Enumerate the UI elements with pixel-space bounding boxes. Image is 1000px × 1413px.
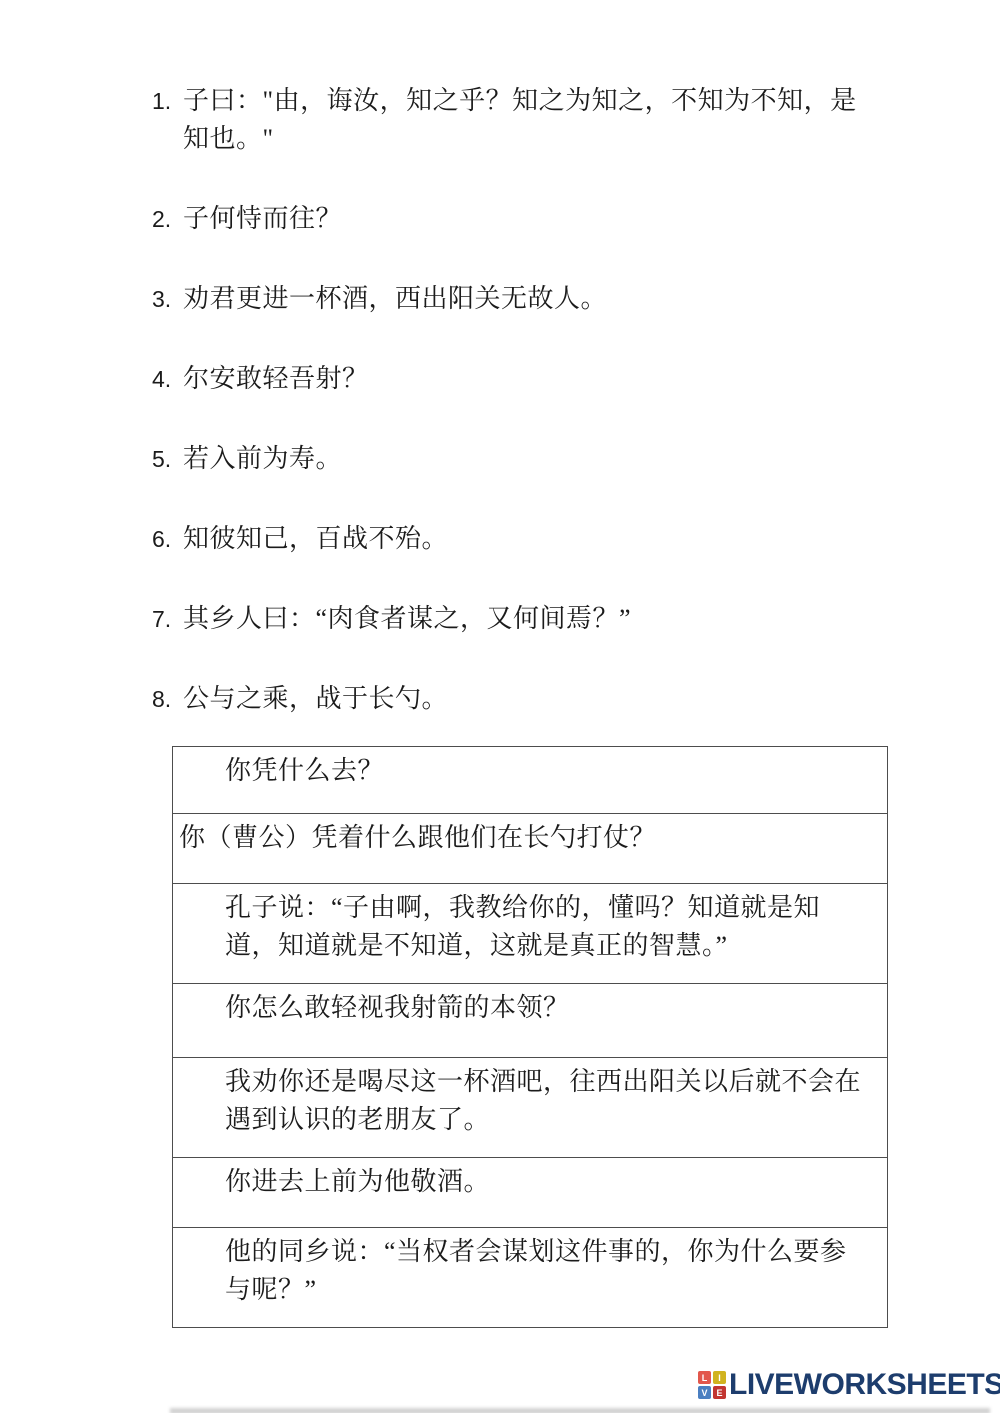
question-list: 1. 子曰："由，诲汝，知之乎？知之为知之，不知为不知，是知也。" 2. 子何恃… [0, 0, 1000, 718]
answer-cell: 我劝你还是喝尽这一杯酒吧，往西出阳关以后就不会在遇到认识的老朋友了。 [173, 1058, 888, 1158]
question-number: 1. [152, 82, 183, 120]
table-row: 他的同乡说：“当权者会谋划这件事的，你为什么要参与呢？” [173, 1228, 888, 1328]
question-number: 8. [152, 680, 183, 718]
tile-v: V [698, 1386, 711, 1399]
question-item-5: 5. 若入前为寿。 [152, 440, 1000, 478]
table-row: 我劝你还是喝尽这一杯酒吧，往西出阳关以后就不会在遇到认识的老朋友了。 [173, 1058, 888, 1158]
table-row: 你进去上前为他敬酒。 [173, 1158, 888, 1228]
table-row: 你怎么敢轻视我射箭的本领？ [173, 984, 888, 1058]
question-text: 若入前为寿。 [183, 440, 883, 478]
question-item-8: 8. 公与之乘，战于长勺。 [152, 680, 1000, 718]
question-text: 其乡人曰：“肉食者谋之，又何间焉？” [183, 600, 883, 638]
question-text: 知彼知己，百战不殆。 [183, 520, 883, 558]
answer-cell: 孔子说：“子由啊，我教给你的，懂吗？知道就是知道，知道就是不知道，这就是真正的智… [173, 884, 888, 984]
question-number: 2. [152, 200, 183, 238]
answer-cell: 你（曹公）凭着什么跟他们在长勺打仗？ [173, 814, 888, 884]
question-item-1: 1. 子曰："由，诲汝，知之乎？知之为知之，不知为不知，是知也。" [152, 82, 1000, 158]
tile-l: L [698, 1371, 711, 1384]
question-text: 子何恃而往？ [183, 200, 883, 238]
question-text: 尔安敢轻吾射？ [183, 360, 883, 398]
answer-cell: 你进去上前为他敬酒。 [173, 1158, 888, 1228]
tile-i: I [713, 1371, 726, 1384]
table-row: 你凭什么去？ [173, 747, 888, 814]
question-number: 3. [152, 280, 183, 318]
question-text: 子曰："由，诲汝，知之乎？知之为知之，不知为不知，是知也。" [183, 82, 883, 158]
question-number: 5. [152, 440, 183, 478]
table-row: 你（曹公）凭着什么跟他们在长勺打仗？ [173, 814, 888, 884]
question-number: 4. [152, 360, 183, 398]
question-item-7: 7. 其乡人曰：“肉食者谋之，又何间焉？” [152, 600, 1000, 638]
question-text: 公与之乘，战于长勺。 [183, 680, 883, 718]
question-text: 劝君更进一杯酒，西出阳关无故人。 [183, 280, 883, 318]
answer-cell: 你凭什么去？ [173, 747, 888, 814]
question-item-2: 2. 子何恃而往？ [152, 200, 1000, 238]
tile-e: E [713, 1386, 726, 1399]
answer-cell: 他的同乡说：“当权者会谋划这件事的，你为什么要参与呢？” [173, 1228, 888, 1328]
question-number: 7. [152, 600, 183, 638]
live-tiles-icon: L I V E [698, 1371, 726, 1399]
liveworksheets-logo[interactable]: L I V E LIVEWORKSHEETS [698, 1370, 1000, 1400]
next-page-cutoff-text [170, 1408, 990, 1413]
worksheet-page: 1. 子曰："由，诲汝，知之乎？知之为知之，不知为不知，是知也。" 2. 子何恃… [0, 0, 1000, 1413]
question-item-6: 6. 知彼知己，百战不殆。 [152, 520, 1000, 558]
answer-cell: 你怎么敢轻视我射箭的本领？ [173, 984, 888, 1058]
table-row: 孔子说：“子由啊，我教给你的，懂吗？知道就是知道，知道就是不知道，这就是真正的智… [173, 884, 888, 984]
answers-table: 你凭什么去？ 你（曹公）凭着什么跟他们在长勺打仗？ 孔子说：“子由啊，我教给你的… [172, 746, 888, 1328]
question-item-3: 3. 劝君更进一杯酒，西出阳关无故人。 [152, 280, 1000, 318]
question-item-4: 4. 尔安敢轻吾射？ [152, 360, 1000, 398]
brand-wordmark: LIVEWORKSHEETS [729, 1370, 1000, 1400]
question-number: 6. [152, 520, 183, 558]
